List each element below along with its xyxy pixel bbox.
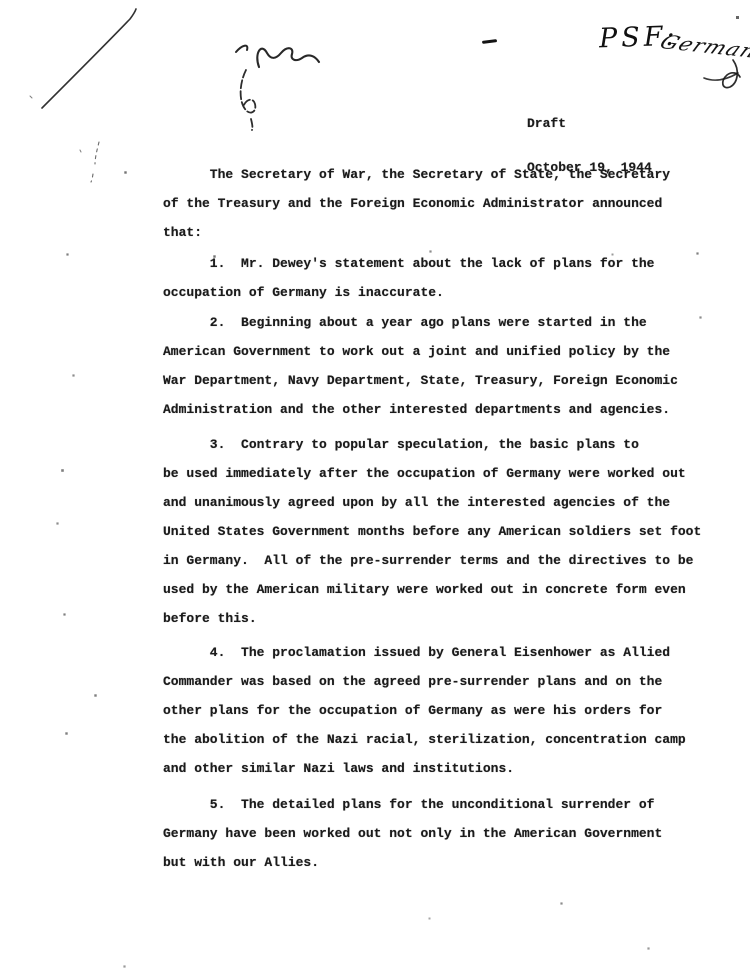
text-line: and unanimously agreed upon by all the i… <box>163 488 701 517</box>
text-line: War Department, Navy Department, State, … <box>163 366 701 395</box>
text-line: occupation of Germany is inaccurate. <box>163 278 701 307</box>
text-line: 1. Mr. Dewey's statement about the lack … <box>163 249 701 278</box>
text-line: other plans for the occupation of German… <box>163 696 701 725</box>
doc-type: Draft <box>527 117 652 132</box>
text-line: Germany have been worked out not only in… <box>163 819 701 848</box>
paragraph: The Secretary of War, the Secretary of S… <box>163 160 701 247</box>
text-line: Administration and the other interested … <box>163 395 701 424</box>
pen-stroke-small-2 <box>30 96 81 152</box>
text-line: but with our Allies. <box>163 848 701 877</box>
text-line: American Government to work out a joint … <box>163 337 701 366</box>
initials-scribble-zigzag <box>257 48 319 67</box>
text-line: in Germany. All of the pre-surrender ter… <box>163 546 701 575</box>
text-line: and other similar Nazi laws and institut… <box>163 754 701 783</box>
text-line: 3. Contrary to popular speculation, the … <box>163 430 701 459</box>
text-line: 2. Beginning about a year ago plans were… <box>163 308 701 337</box>
annotation-tail-swoosh <box>704 73 738 80</box>
scan-specks <box>0 0 1 1</box>
paragraph: 5. The detailed plans for the unconditio… <box>163 790 701 877</box>
paragraph: 2. Beginning about a year ago plans were… <box>163 308 701 424</box>
initials-scribble-top <box>236 46 247 52</box>
text-line: Commander was based on the agreed pre-su… <box>163 667 701 696</box>
paragraph: 1. Mr. Dewey's statement about the lack … <box>163 249 701 307</box>
text-line: 5. The detailed plans for the unconditio… <box>163 790 701 819</box>
text-line: 4. The proclamation issued by General Ei… <box>163 638 701 667</box>
text-line: used by the American military were worke… <box>163 575 701 604</box>
text-line: before this. <box>163 604 701 633</box>
text-line: of the Treasury and the Foreign Economic… <box>163 189 701 218</box>
text-line: be used immediately after the occupation… <box>163 459 701 488</box>
document-page: PSF: Germany Draft October 19, 1944 The … <box>0 0 750 972</box>
doc-body: The Secretary of War, the Secretary of S… <box>163 160 701 877</box>
paragraph: 3. Contrary to popular speculation, the … <box>163 430 701 633</box>
text-line: that: <box>163 218 701 247</box>
pen-stroke-diagonal <box>42 9 136 108</box>
text-line: United States Government months before a… <box>163 517 701 546</box>
initials-scribble-descender <box>241 70 256 130</box>
pen-stroke-small <box>91 142 99 182</box>
text-line: the abolition of the Nazi racial, steril… <box>163 725 701 754</box>
text-line: The Secretary of War, the Secretary of S… <box>163 160 701 189</box>
paragraph: 4. The proclamation issued by General Ei… <box>163 638 701 783</box>
